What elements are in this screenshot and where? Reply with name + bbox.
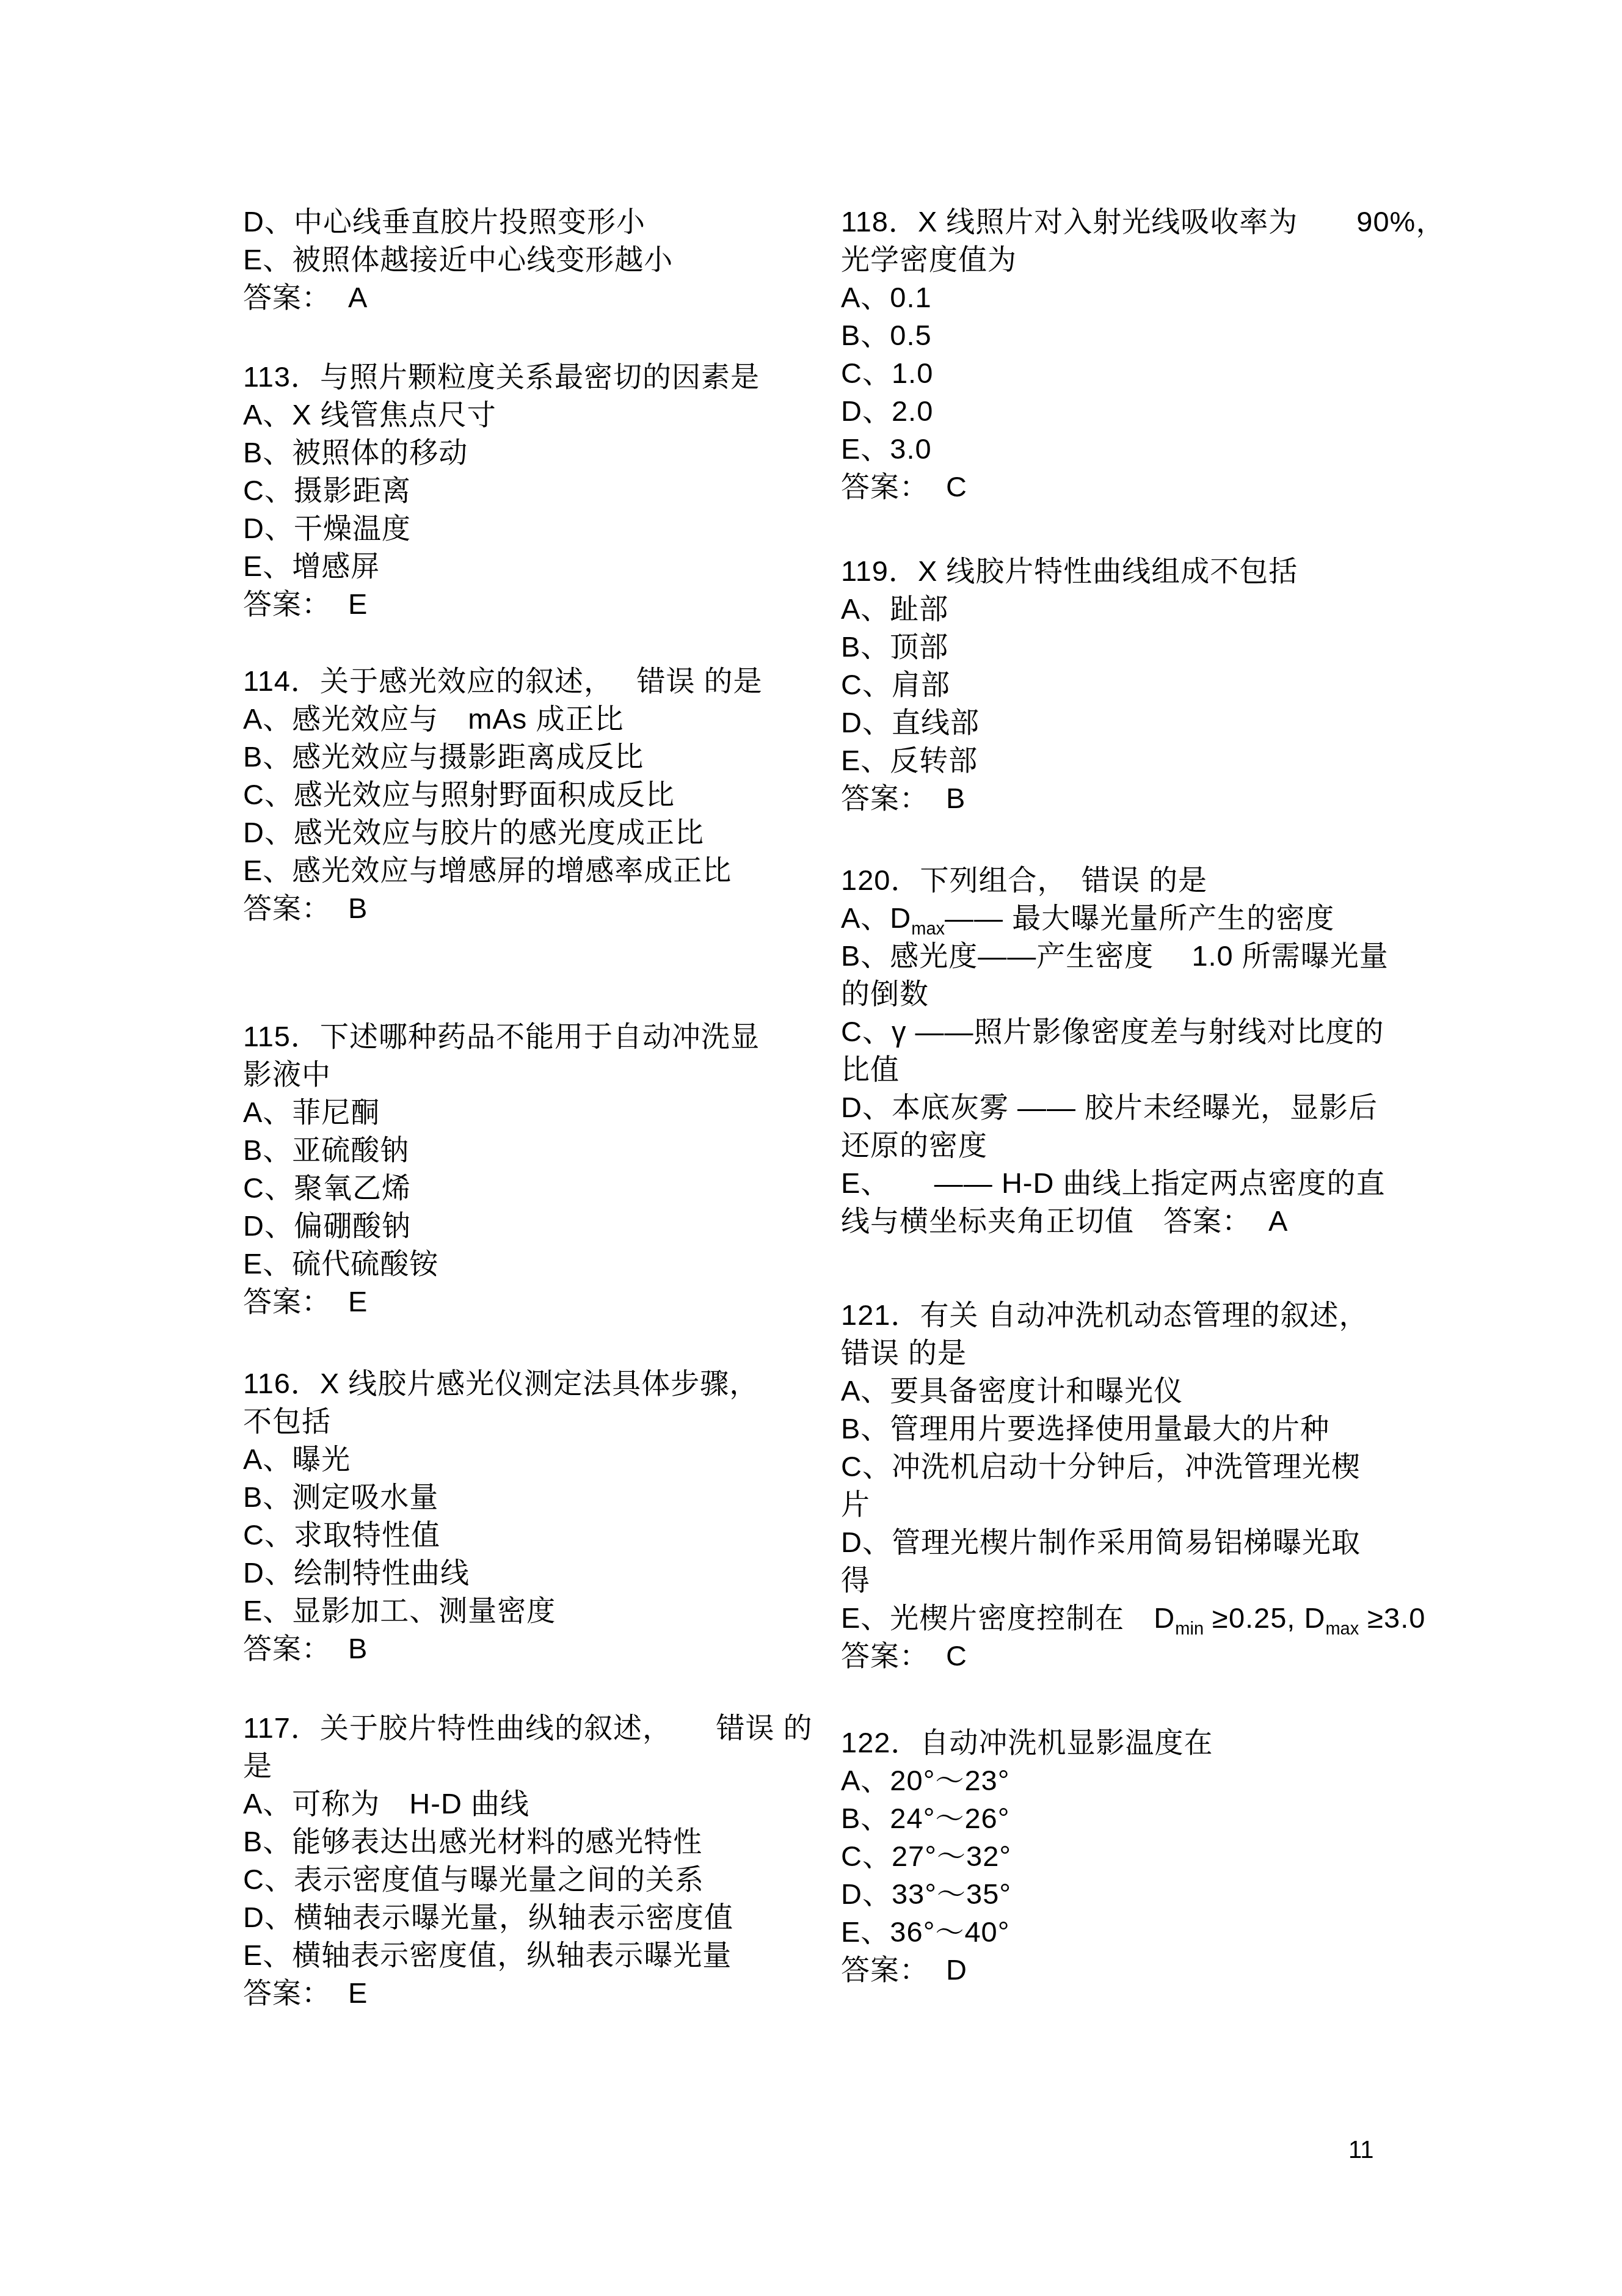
option-line: B、顶部 [841,628,1458,666]
option-line: D、横轴表示曝光量，纵轴表示密度值 [243,1898,829,1936]
question-113: 113．与照片颗粒度关系最密切的因素是 A、X 线管焦点尺寸 B、被照体的移动 … [243,358,829,623]
question-title-line: 114．关于感光效应的叙述， 错误 的是 [243,662,829,700]
option-line: A、Dmax—— 最大曝光量所产生的密度 [841,899,1458,937]
option-line: D、绘制特性曲线 [243,1554,829,1592]
option-line: A、0.1 [841,279,1458,316]
continuation-line: 比值 [841,1051,1458,1088]
question-112-tail: D、中心线垂直胶片投照变形小 E、被照体越接近中心线变形越小 答案： A [243,203,829,316]
option-line: C、1.0 [841,354,1458,392]
option-line: D、直线部 [841,704,1458,742]
option-line: B、24°～26° [841,1799,1458,1837]
left-column: D、中心线垂直胶片投照变形小 E、被照体越接近中心线变形越小 答案： A 113… [243,203,829,2012]
question-title-line: 122．自动冲洗机显影温度在 [841,1724,1458,1762]
option-text: ≥0.25, D [1204,1602,1325,1634]
answer-line: 线与横坐标夹角正切值 答案： A [841,1202,1458,1240]
option-line: E、横轴表示密度值，纵轴表示曝光量 [243,1936,829,1974]
option-line: B、能够表达出感光材料的感光特性 [243,1823,829,1860]
continuation-line: 不包括 [243,1402,829,1440]
answer-line: 答案： E [243,1283,829,1321]
option-line: A、可称为 H-D 曲线 [243,1785,829,1823]
option-line: D、偏硼酸钠 [243,1207,829,1245]
question-title-line: 120．下列组合， 错误 的是 [841,861,1458,899]
option-line: C、摄影距离 [243,472,829,509]
answer-line: 答案： B [243,1630,829,1667]
option-line: C、冲洗机启动十分钟后，冲洗管理光楔 [841,1448,1458,1485]
question-title-line: 119．X 线胶片特性曲线组成不包括 [841,552,1458,590]
subscript-max: max [1325,1619,1359,1639]
option-line: E、36°～40° [841,1913,1458,1951]
right-column: 118．X 线照片对入射光线吸收率为 90%， 光学密度值为 A、0.1 B、0… [841,203,1458,1989]
option-line: D、感光效应与胶片的感光度成正比 [243,814,829,851]
question-116: 116．X 线胶片感光仪测定法具体步骤， 不包括 A、曝光 B、测定吸水量 C、… [243,1365,829,1667]
option-line: B、被照体的移动 [243,434,829,472]
option-line: C、聚氧乙烯 [243,1169,829,1207]
question-119: 119．X 线胶片特性曲线组成不包括 A、趾部 B、顶部 C、肩部 D、直线部 … [841,552,1458,817]
option-text: ≥3.0 [1359,1602,1425,1634]
question-120: 120．下列组合， 错误 的是 A、Dmax—— 最大曝光量所产生的密度 B、感… [841,861,1458,1240]
continuation-line: 是 [243,1747,829,1785]
option-line: A、20°～23° [841,1762,1458,1799]
option-line: A、菲尼酮 [243,1093,829,1131]
option-line: C、感光效应与照射野面积成反比 [243,776,829,814]
option-line: E、 —— H-D 曲线上指定两点密度的直 [841,1164,1458,1202]
option-line: C、27°～32° [841,1837,1458,1875]
option-line: C、肩部 [841,666,1458,704]
continuation-line: 光学密度值为 [841,241,1458,279]
option-line: D、管理光楔片制作采用简易铝梯曝光取 [841,1523,1458,1561]
answer-line: 答案： D [841,1951,1458,1989]
question-title-line: 118．X 线照片对入射光线吸收率为 90%， [841,203,1458,241]
option-line: D、中心线垂直胶片投照变形小 [243,203,829,241]
option-line: B、感光度——产生密度 1.0 所需曝光量 [841,937,1458,975]
option-line: A、感光效应与 mAs 成正比 [243,700,829,738]
subscript-min: min [1175,1619,1204,1639]
option-line: C、γ ——照片影像密度差与射线对比度的 [841,1013,1458,1051]
option-line: B、亚硫酸钠 [243,1131,829,1169]
option-line: A、曝光 [243,1440,829,1478]
continuation-line: 错误 的是 [841,1334,1458,1372]
answer-line: 答案： E [243,585,829,623]
continuation-line: 影液中 [243,1055,829,1093]
option-line: D、2.0 [841,392,1458,430]
continuation-line: 还原的密度 [841,1126,1458,1164]
option-line: E、被照体越接近中心线变形越小 [243,241,829,279]
question-118: 118．X 线照片对入射光线吸收率为 90%， 光学密度值为 A、0.1 B、0… [841,203,1458,506]
option-line: A、X 线管焦点尺寸 [243,396,829,434]
answer-line: 答案： E [243,1974,829,2012]
option-line: C、表示密度值与曝光量之间的关系 [243,1860,829,1898]
continuation-line: 得 [841,1561,1458,1599]
option-line: D、干燥温度 [243,509,829,547]
question-122: 122．自动冲洗机显影温度在 A、20°～23° B、24°～26° C、27°… [841,1724,1458,1989]
option-line: E、显影加工、测量密度 [243,1592,829,1630]
subscript-max: max [911,919,945,939]
option-line: E、增感屏 [243,547,829,585]
option-line: E、硫代硫酸铵 [243,1245,829,1283]
answer-line: 答案： A [243,279,829,316]
document-page: D、中心线垂直胶片投照变形小 E、被照体越接近中心线变形越小 答案： A 113… [0,0,1622,2296]
option-text: E、光楔片密度控制在 D [841,1602,1175,1634]
option-line: E、光楔片密度控制在 Dmin ≥0.25, Dmax ≥3.0 [841,1599,1458,1637]
question-115: 115．下述哪种药品不能用于自动冲洗显 影液中 A、菲尼酮 B、亚硫酸钠 C、聚… [243,1018,829,1321]
option-line: A、趾部 [841,590,1458,628]
question-121: 121．有关 自动冲洗机动态管理的叙述， 错误 的是 A、要具备密度计和曝光仪 … [841,1296,1458,1675]
continuation-line: 片 [841,1485,1458,1523]
question-title-line: 115．下述哪种药品不能用于自动冲洗显 [243,1018,829,1055]
option-line: E、反转部 [841,742,1458,779]
option-line: B、0.5 [841,316,1458,354]
question-title-line: 116．X 线胶片感光仪测定法具体步骤， [243,1365,829,1402]
question-114: 114．关于感光效应的叙述， 错误 的是 A、感光效应与 mAs 成正比 B、感… [243,662,829,927]
page-number: 11 [1348,2135,1374,2165]
option-line: B、感光效应与摄影距离成反比 [243,738,829,776]
answer-line: 答案： C [841,1637,1458,1675]
option-text: A、D [841,902,911,934]
continuation-line: 的倒数 [841,975,1458,1013]
question-title-line: 121．有关 自动冲洗机动态管理的叙述， [841,1296,1458,1334]
option-line: D、本底灰雾 —— 胶片未经曝光，显影后 [841,1088,1458,1126]
answer-line: 答案： B [841,779,1458,817]
option-line: E、感光效应与增感屏的增感率成正比 [243,851,829,889]
option-line: D、33°～35° [841,1875,1458,1913]
answer-line: 答案： B [243,889,829,927]
question-title-line: 117．关于胶片特性曲线的叙述， 错误 的 [243,1709,829,1747]
question-title-line: 113．与照片颗粒度关系最密切的因素是 [243,358,829,396]
answer-line: 答案： C [841,468,1458,506]
option-line: B、管理用片要选择使用量最大的片种 [841,1410,1458,1448]
option-text: —— 最大曝光量所产生的密度 [945,902,1334,934]
option-line: C、求取特性值 [243,1516,829,1554]
question-117: 117．关于胶片特性曲线的叙述， 错误 的 是 A、可称为 H-D 曲线 B、能… [243,1709,829,2012]
option-line: A、要具备密度计和曝光仪 [841,1372,1458,1410]
option-line: E、3.0 [841,430,1458,468]
option-line: B、测定吸水量 [243,1478,829,1516]
